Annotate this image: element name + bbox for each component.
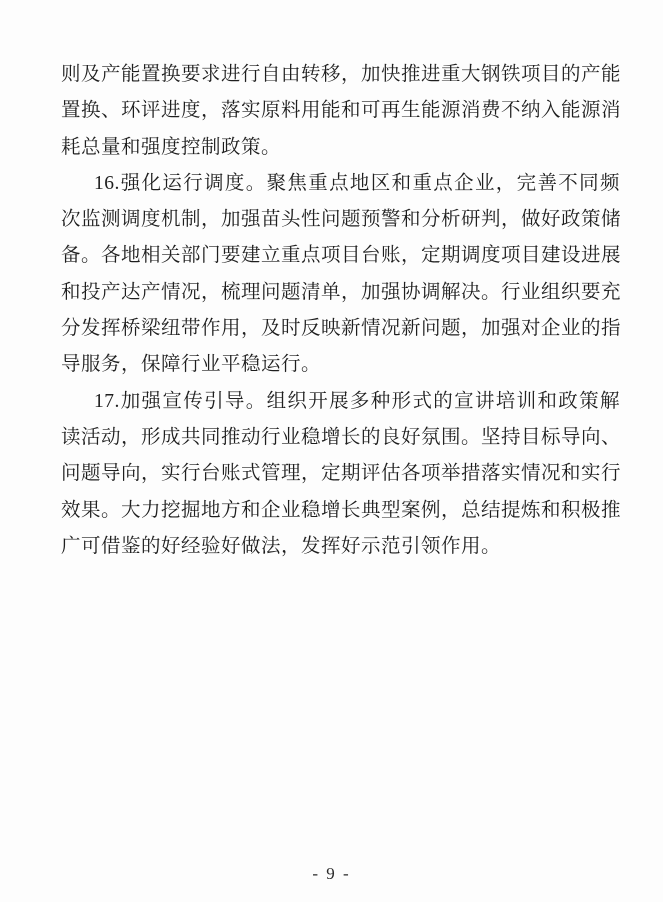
text-line: 广可借鉴的好经验好做法，发挥好示范引领作用。: [61, 529, 620, 565]
text-line: 16.强化运行调度。聚焦重点地区和重点企业，完善不同频: [61, 166, 620, 202]
text-line: 和投产达产情况，梳理问题清单，加强协调解决。行业组织要充: [61, 275, 620, 311]
text-line: 则及产能置换要求进行自由转移，加快推进重大钢铁项目的产能: [61, 57, 620, 93]
text-line: 置换、环评进度，落实原料用能和可再生能源消费不纳入能源消: [61, 93, 620, 129]
text-line: 分发挥桥梁纽带作用，及时反映新情况新问题，加强对企业的指: [61, 311, 620, 347]
text-line: 17.加强宣传引导。组织开展多种形式的宣讲培训和政策解: [61, 384, 620, 420]
text-line: 次监测调度机制，加强苗头性问题预警和分析研判，做好政策储: [61, 202, 620, 238]
text-line: 备。各地相关部门要建立重点项目台账，定期调度项目建设进展: [61, 238, 620, 274]
document-page: 则及产能置换要求进行自由转移，加快推进重大钢铁项目的产能 置换、环评进度，落实原…: [0, 0, 663, 902]
text-line: 读活动，形成共同推动行业稳增长的良好氛围。坚持目标导向、: [61, 420, 620, 456]
document-body: 则及产能置换要求进行自由转移，加快推进重大钢铁项目的产能 置换、环评进度，落实原…: [61, 57, 620, 565]
text-line: 导服务，保障行业平稳运行。: [61, 347, 620, 383]
page-footer: - 9 -: [0, 864, 663, 884]
text-line: 耗总量和强度控制政策。: [61, 130, 620, 166]
text-line: 效果。大力挖掘地方和企业稳增长典型案例，总结提炼和积极推: [61, 493, 620, 529]
text-line: 问题导向，实行台账式管理，定期评估各项举措落实情况和实行: [61, 456, 620, 492]
page-number: - 9 -: [312, 864, 350, 883]
